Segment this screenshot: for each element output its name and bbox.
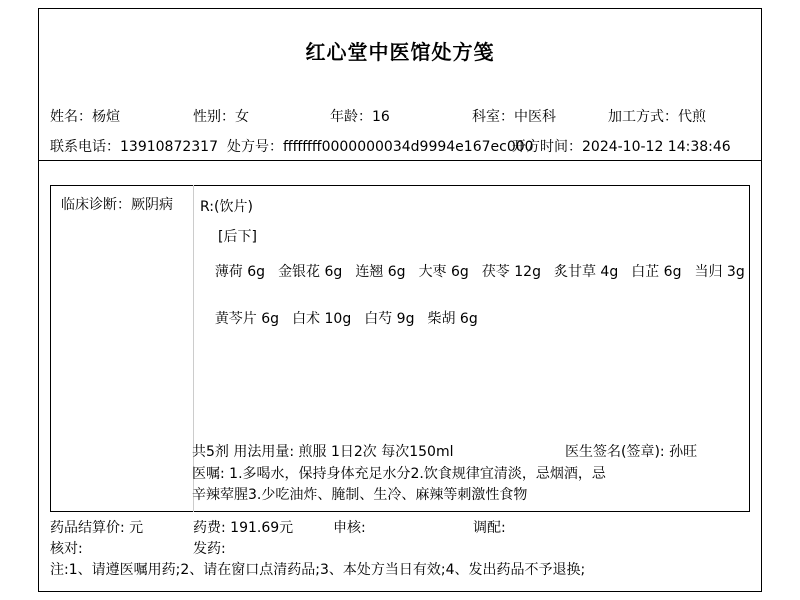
age-label: 年龄： bbox=[330, 109, 372, 125]
medicine-fee-field: 药费: 191.69元 bbox=[193, 517, 293, 537]
medicine-item: 白芷 6g bbox=[631, 264, 681, 280]
processing-method-field: 加工方式：代煎 bbox=[608, 106, 706, 126]
check-label: 核对: bbox=[50, 541, 87, 557]
medicine-fee-value: 191.69元 bbox=[230, 520, 293, 536]
processing-method-value: 代煎 bbox=[678, 109, 706, 125]
gender-field: 性别：女 bbox=[193, 106, 249, 126]
footer-notice: 注:1、请遵医嘱用药;2、请在窗口点清药品;3、本处方当日有效;4、发出药品不予… bbox=[50, 559, 585, 579]
patient-name-field: 姓名：杨煊 bbox=[50, 106, 120, 126]
medicine-item: 茯苓 12g bbox=[482, 264, 541, 280]
medicine-item: 炙甘草 4g bbox=[554, 264, 618, 280]
department-value: 中医科 bbox=[514, 109, 556, 125]
prescription-page: 红心堂中医馆处方笺 姓名：杨煊 性别：女 年龄：16 科室：中医科 加工方式：代… bbox=[0, 0, 800, 600]
medical-advice-line-1: 医嘱: 1.多喝水，保持身体充足水分2.饮食规律宜清淡，忌烟酒，忌 bbox=[192, 463, 606, 483]
medicine-item: 大枣 6g bbox=[419, 264, 469, 280]
issue-medicine-label: 发药: bbox=[193, 541, 230, 557]
prescription-number-field: 处方号：ffffffff0000000034d9994e167ec000 bbox=[227, 136, 534, 156]
prescription-time-field: 开方时间：2024-10-12 14:38:46 bbox=[512, 136, 731, 156]
department-label: 科室： bbox=[472, 109, 514, 125]
phone-label: 联系电话： bbox=[50, 139, 120, 155]
medicine-line-1: 薄荷 6g金银花 6g连翘 6g大枣 6g茯苓 12g炙甘草 4g白芷 6g当归… bbox=[197, 245, 758, 297]
rx-header: R:(饮片) bbox=[200, 196, 253, 216]
check-field: 核对: bbox=[50, 538, 87, 558]
medicine-item: 金银花 6g bbox=[278, 264, 342, 280]
patient-name-label: 姓名： bbox=[50, 109, 92, 125]
prescription-time-label: 开方时间： bbox=[512, 139, 582, 155]
dispense-field: 调配: bbox=[473, 517, 510, 537]
medicine-line-2: 黄芩片 6g白术 10g白芍 9g柴胡 6g bbox=[197, 292, 491, 344]
medicine-item: 白术 10g bbox=[292, 311, 351, 327]
medicine-item: 连翘 6g bbox=[355, 264, 405, 280]
gender-label: 性别： bbox=[193, 109, 235, 125]
processing-method-label: 加工方式： bbox=[608, 109, 678, 125]
phone-value: 13910872317 bbox=[120, 139, 218, 155]
prescription-number-label: 处方号： bbox=[227, 139, 283, 155]
patient-name-value: 杨煊 bbox=[92, 109, 120, 125]
medicine-item: 当归 3g bbox=[694, 264, 744, 280]
medicine-item: 黄芩片 6g bbox=[215, 311, 279, 327]
usage-line: 共5剂 用法用量: 煎服 1日2次 每次150ml bbox=[192, 441, 454, 461]
settlement-price-field: 药品结算价: 元 bbox=[50, 517, 143, 537]
medicine-item: 白芍 9g bbox=[364, 311, 414, 327]
department-field: 科室：中医科 bbox=[472, 106, 556, 126]
issue-medicine-field: 发药: bbox=[193, 538, 230, 558]
medicine-item: 柴胡 6g bbox=[427, 311, 477, 327]
medical-advice-line-2: 辛辣荤腥3.少吃油炸、腌制、生冷、麻辣等刺激性食物 bbox=[192, 484, 527, 504]
header-divider-line bbox=[38, 160, 762, 161]
review-label: 申核: bbox=[333, 520, 370, 536]
clinical-diagnosis-field: 临床诊断：厥阴病 bbox=[61, 194, 173, 214]
phone-field: 联系电话：13910872317 bbox=[50, 136, 218, 156]
medicine-fee-label: 药费: bbox=[193, 520, 230, 536]
decoction-note: [后下] bbox=[218, 226, 257, 246]
doctor-signature-label: 医生签名(签章): bbox=[565, 444, 669, 460]
review-field: 申核: bbox=[333, 517, 370, 537]
settlement-price-label: 药品结算价: bbox=[50, 520, 129, 536]
medicine-item: 薄荷 6g bbox=[215, 264, 265, 280]
doctor-signature-field: 医生签名(签章): 孙旺 bbox=[565, 441, 697, 461]
gender-value: 女 bbox=[235, 109, 249, 125]
doctor-signature-value: 孙旺 bbox=[669, 444, 697, 460]
settlement-price-value: 元 bbox=[129, 520, 143, 536]
age-field: 年龄：16 bbox=[330, 106, 390, 126]
dispense-label: 调配: bbox=[473, 520, 510, 536]
clinical-diagnosis-label: 临床诊断： bbox=[61, 197, 131, 213]
prescription-number-value: ffffffff0000000034d9994e167ec000 bbox=[283, 139, 534, 155]
page-title: 红心堂中医馆处方笺 bbox=[0, 36, 800, 65]
age-value: 16 bbox=[372, 109, 390, 125]
prescription-time-value: 2024-10-12 14:38:46 bbox=[582, 139, 731, 155]
clinical-diagnosis-value: 厥阴病 bbox=[131, 197, 173, 213]
